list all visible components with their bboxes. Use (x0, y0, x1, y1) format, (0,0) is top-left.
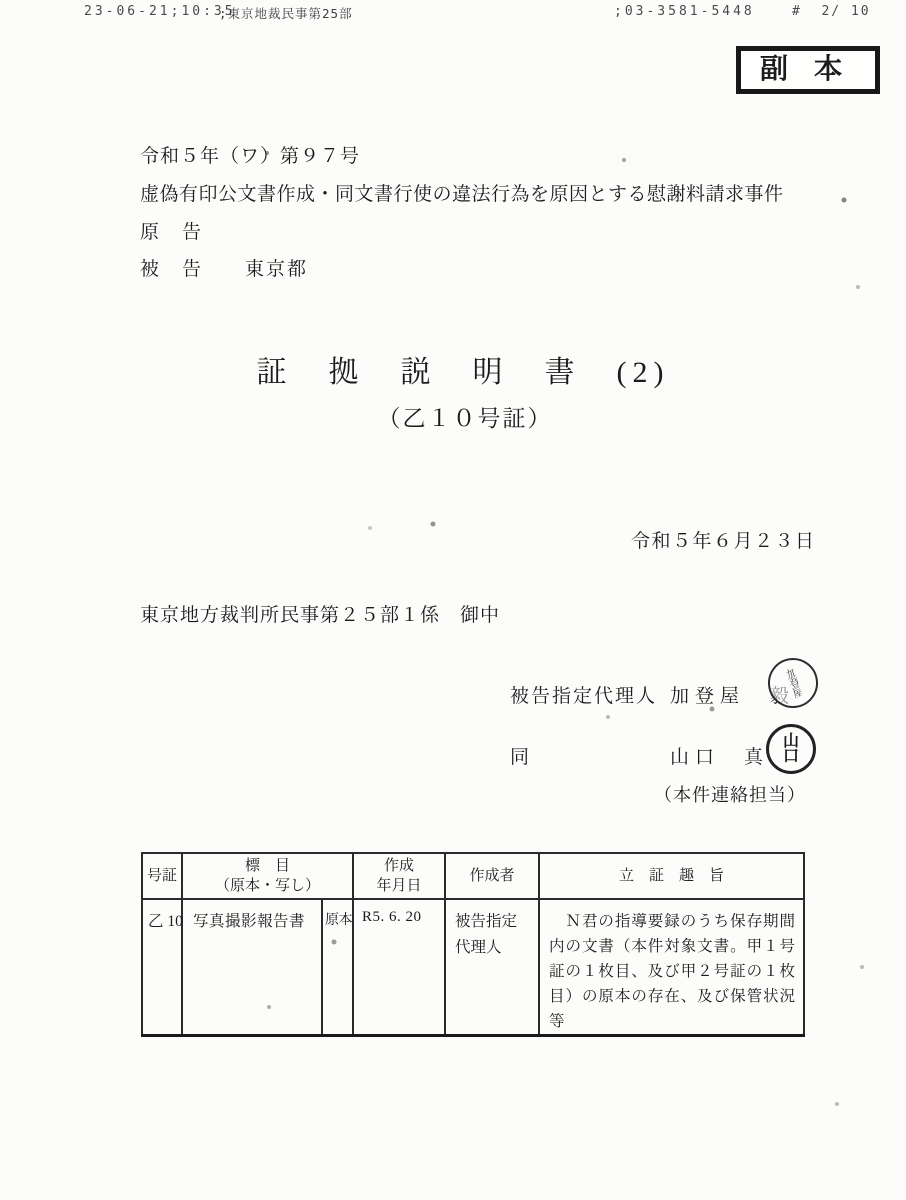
defendant-line: 被 告 東京都 (140, 260, 308, 279)
fax-page-counter: # 2/ 10 (792, 4, 871, 19)
name-seal-yamaguchi: 山 口 (766, 724, 816, 774)
signature-role-1: 被告指定代理人 (510, 681, 657, 708)
header-created-date: 作成年月日 (353, 853, 445, 899)
document-subtitle: （乙１０号証） (0, 407, 906, 430)
signature-name-2: 山口 (670, 742, 720, 769)
evidence-table-row: 乙 10 写真撮影報告書 原本 R5. 6. 20 被告指定代理人 Ｎ君の指導要… (142, 899, 804, 1036)
cell-exhibit-no: 乙 10 (142, 899, 182, 1036)
document-date: 令和５年６月２３日 (631, 526, 816, 553)
evidence-table-header-row: 号証 標 目（原本・写し） 作成年月日 作成者 立 証 趣 旨 (142, 853, 804, 899)
header-title-line1: 標 目 (183, 856, 352, 876)
header-title: 標 目（原本・写し） (182, 853, 353, 899)
signature-given-name-2: 真 (744, 742, 763, 769)
seal-yamaguchi-bottom: 口 (783, 749, 799, 764)
cell-purpose: Ｎ君の指導要録のうち保存期間内の文書（本件対象文書。甲１号証の１枚目、及び甲２号… (539, 899, 804, 1036)
case-number: 令和５年（ワ）第９７号 (140, 147, 360, 166)
addressee-line: 東京地方裁判所民事第２５部１係 御中 (140, 600, 500, 627)
header-author: 作成者 (445, 853, 539, 899)
cell-created-date: R5. 6. 20 (353, 899, 445, 1036)
seal-katoya-text: 加登屋 (784, 666, 802, 699)
seal-yamaguchi-top: 山 (783, 734, 799, 749)
plaintiff-line: 原 告 (140, 223, 203, 242)
cell-author: 被告指定代理人 (445, 899, 539, 1036)
header-title-line2: （原本・写し） (183, 876, 352, 896)
cell-original-or-copy: 原本 (322, 899, 353, 1036)
header-exhibit-no: 号証 (142, 853, 182, 899)
case-name: 虚偽有印公文書作成・同文書行使の違法行為を原因とする慰謝料請求事件 (140, 185, 784, 204)
scan-noise-specks (0, 0, 2, 2)
document-title: 証 拠 説 明 書 (2) (0, 358, 906, 388)
fax-sender-name: ;東京地裁民事第25部 (219, 4, 353, 22)
scanned-document-page: 23-06-21;10:35 ;東京地裁民事第25部 ;03-3581-5448… (0, 0, 906, 1200)
fax-timestamp: 23-06-21;10:35 (84, 4, 236, 19)
header-purpose: 立 証 趣 旨 (539, 853, 804, 899)
duplicate-copy-stamp: 副本 (736, 46, 880, 94)
cell-title: 写真撮影報告書 (182, 899, 322, 1036)
fax-phone-number: ;03-3581-5448 (614, 4, 755, 19)
header-created-line2: 年月日 (354, 876, 444, 896)
evidence-table: 号証 標 目（原本・写し） 作成年月日 作成者 立 証 趣 旨 乙 10 写真撮… (141, 852, 805, 1037)
duplicate-copy-stamp-label: 副本 (748, 56, 868, 84)
header-created-line1: 作成 (354, 856, 444, 876)
contact-note: （本件連絡担当） (654, 781, 806, 807)
signature-role-2: 同 (510, 742, 531, 769)
